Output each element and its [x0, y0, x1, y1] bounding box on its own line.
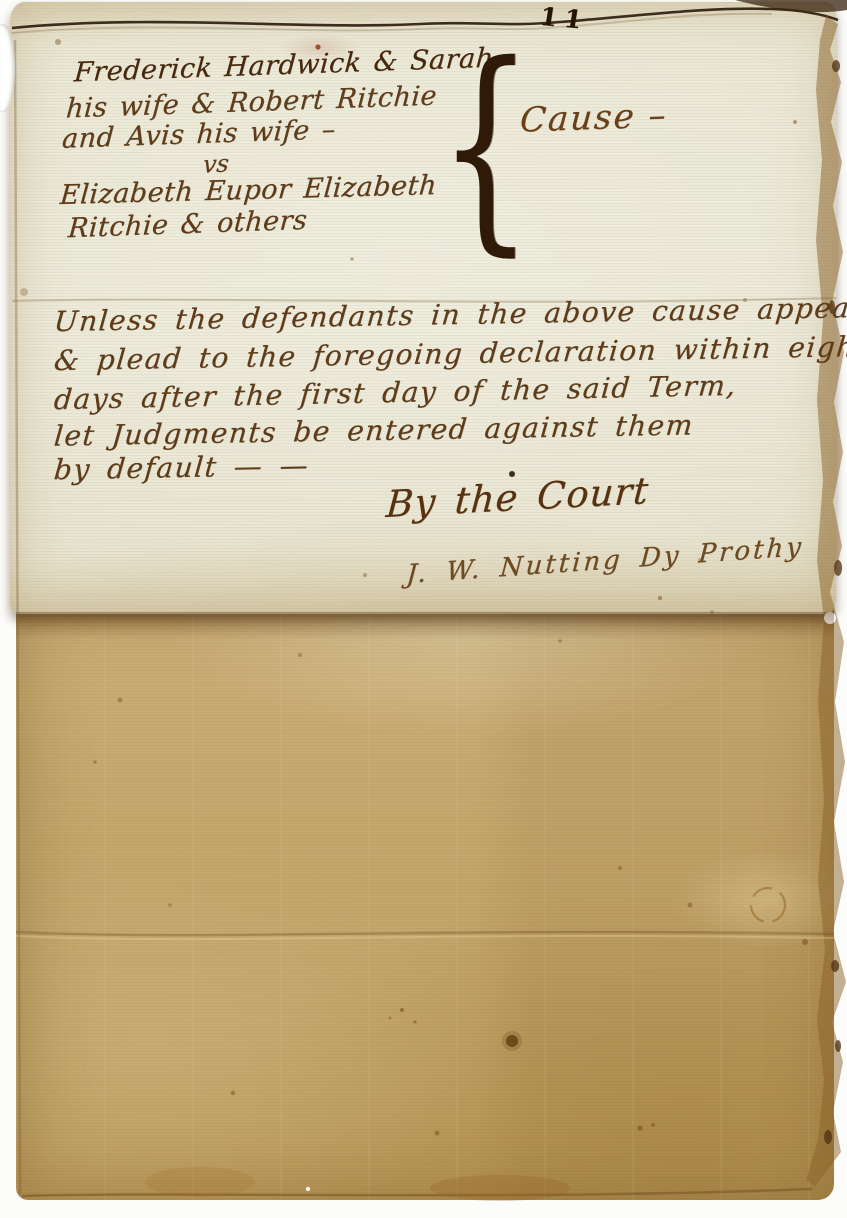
caption-brace: {: [438, 36, 533, 258]
cause-label: Cause –: [519, 95, 669, 140]
caption-versus: vs: [202, 149, 230, 179]
top-pen-marks: 11: [538, 2, 591, 35]
paper-lower-half: [16, 598, 834, 1200]
scanned-court-document: 11 Frederick Hardwick & Sarah his wife &…: [0, 0, 847, 1218]
laid-paper-texture: [16, 598, 834, 1200]
chain-line-texture: [16, 598, 834, 1200]
order-body-line: by default — —: [53, 449, 311, 487]
